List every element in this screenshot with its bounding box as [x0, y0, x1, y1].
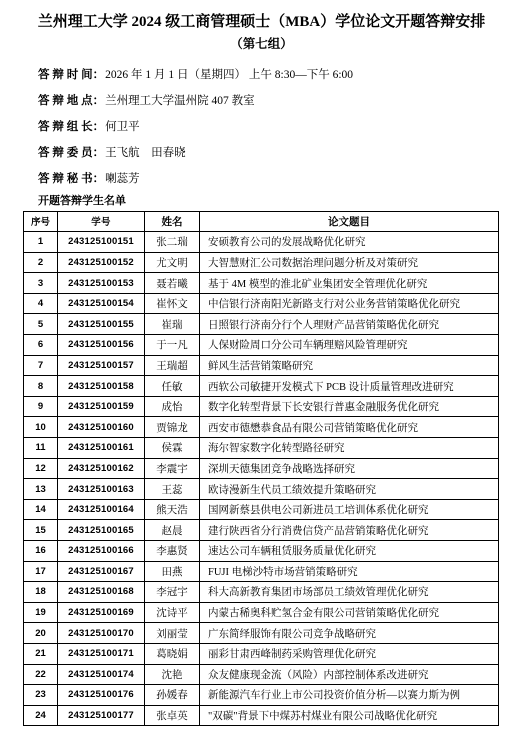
student-id-cell: 243125100171	[58, 643, 145, 664]
row-index-cell: 8	[24, 376, 58, 397]
row-index-cell: 14	[24, 499, 58, 520]
student-name-cell: 田燕	[145, 561, 200, 582]
defense-location-label: 答 辩 地 点：	[38, 92, 104, 108]
student-name-cell: 王瑞超	[145, 355, 200, 376]
student-name-cell: 沈艳	[145, 664, 200, 685]
thesis-title-cell: 欧诗漫新生代员工绩效提升策略研究	[200, 479, 499, 500]
student-id-cell: 243125100154	[58, 293, 145, 314]
table-row: 18243125100168李冠宇科大高新教育集团市场部员工绩效管理优化研究	[24, 582, 499, 603]
student-id-cell: 243125100166	[58, 541, 145, 562]
table-row: 11243125100161侯霖海尔智家数字化转型路径研究	[24, 438, 499, 459]
row-index-cell: 17	[24, 561, 58, 582]
student-name-cell: 任敏	[145, 376, 200, 397]
table-row: 13243125100163王蕊欧诗漫新生代员工绩效提升策略研究	[24, 479, 499, 500]
student-id-cell: 243125100160	[58, 417, 145, 438]
thesis-title-cell: 中信银行济南阳光新路支行对公业务营销策略优化研究	[200, 293, 499, 314]
thesis-title-cell: 建行陕西省分行消费信贷产品营销策略优化研究	[200, 520, 499, 541]
student-name-cell: 李惠贤	[145, 541, 200, 562]
student-id-cell: 243125100165	[58, 520, 145, 541]
table-row: 8243125100158任敏西软公司敏捷开发模式下 PCB 设计质量管理改进研…	[24, 376, 499, 397]
student-name-cell: 于一凡	[145, 335, 200, 356]
row-index-cell: 5	[24, 314, 58, 335]
row-index-cell: 16	[24, 541, 58, 562]
student-name-cell: 熊天浩	[145, 499, 200, 520]
table-row: 15243125100165赵晨建行陕西省分行消费信贷产品营销策略优化研究	[24, 520, 499, 541]
student-id-cell: 243125100162	[58, 458, 145, 479]
row-index-cell: 6	[24, 335, 58, 356]
student-id-cell: 243125100163	[58, 479, 145, 500]
student-name-cell: 贾锦龙	[145, 417, 200, 438]
row-index-cell: 18	[24, 582, 58, 603]
defense-time-value: 2026 年 1 月 1 日（星期四） 上午 8:30—下午 6:00	[105, 66, 353, 82]
student-id-cell: 243125100169	[58, 602, 145, 623]
thesis-title-cell: 西安市德懋恭食品有限公司营销策略优化研究	[200, 417, 499, 438]
defense-location-value: 兰州理工大学温州院 407 教室	[105, 92, 255, 108]
defense-committee-line: 答 辩 委 员： 王飞航 田春晓	[38, 139, 500, 165]
student-id-cell: 243125100159	[58, 396, 145, 417]
student-id-cell: 243125100164	[58, 499, 145, 520]
table-row: 9243125100159成怡数字化转型背景下长安银行普惠金融服务优化研究	[24, 396, 499, 417]
student-id-cell: 243125100168	[58, 582, 145, 603]
page-title: 兰州理工大学 2024 级工商管理硕士（MBA）学位论文开题答辩安排	[27, 13, 496, 33]
header-thesis-title: 论文题目	[200, 211, 499, 232]
table-row: 2243125100152尤文明大智慧财汇公司数据治理问题分析及对策研究	[24, 252, 499, 273]
thesis-title-cell: 速达公司车辆租赁服务质量优化研究	[200, 541, 499, 562]
student-id-cell: 243125100161	[58, 438, 145, 459]
table-row: 16243125100166李惠贤速达公司车辆租赁服务质量优化研究	[24, 541, 499, 562]
row-index-cell: 24	[24, 705, 58, 726]
student-name-cell: 崔瑞	[145, 314, 200, 335]
row-index-cell: 12	[24, 458, 58, 479]
thesis-title-cell: 深圳天德集团竞争战略选择研究	[200, 458, 499, 479]
row-index-cell: 1	[24, 232, 58, 253]
student-name-cell: 侯霖	[145, 438, 200, 459]
student-id-cell: 243125100158	[58, 376, 145, 397]
thesis-title-cell: 众友健康现金流（风险）内部控制体系改进研究	[200, 664, 499, 685]
row-index-cell: 15	[24, 520, 58, 541]
student-id-cell: 243125100167	[58, 561, 145, 582]
student-name-cell: 李冠宇	[145, 582, 200, 603]
table-row: 21243125100171葛晓娟丽彩甘肃西峰制药采购管理优化研究	[24, 643, 499, 664]
defense-chair-line: 答 辩 组 长： 何卫平	[38, 113, 500, 139]
student-id-cell: 243125100151	[58, 232, 145, 253]
row-index-cell: 10	[24, 417, 58, 438]
student-name-cell: 李震宇	[145, 458, 200, 479]
table-row: 19243125100169沈诗平内蒙古稀奥科贮氢合金有限公司营销策略优化研究	[24, 602, 499, 623]
row-index-cell: 13	[24, 479, 58, 500]
student-id-cell: 243125100153	[58, 273, 145, 294]
thesis-title-cell: 丽彩甘肃西峰制药采购管理优化研究	[200, 643, 499, 664]
table-row: 22243125100174沈艳众友健康现金流（风险）内部控制体系改进研究	[24, 664, 499, 685]
thesis-title-cell: 科大高新教育集团市场部员工绩效管理优化研究	[200, 582, 499, 603]
student-name-cell: 张卓英	[145, 705, 200, 726]
table-row: 4243125100154崔怀文中信银行济南阳光新路支行对公业务营销策略优化研究	[24, 293, 499, 314]
row-index-cell: 9	[24, 396, 58, 417]
row-index-cell: 4	[24, 293, 58, 314]
thesis-title-cell: 国网新蔡县供电公司新进员工培训体系优化研究	[200, 499, 499, 520]
defense-chair-value: 何卫平	[105, 118, 140, 134]
table-row: 7243125100157王瑞超鲜风生活营销策略研究	[24, 355, 499, 376]
student-id-cell: 243125100157	[58, 355, 145, 376]
header-student-id: 学号	[58, 211, 145, 232]
student-id-cell: 243125100176	[58, 685, 145, 706]
row-index-cell: 19	[24, 602, 58, 623]
defense-location-line: 答 辩 地 点： 兰州理工大学温州院 407 教室	[38, 87, 500, 113]
header-index: 序号	[24, 211, 58, 232]
thesis-title-cell: 数字化转型背景下长安银行普惠金融服务优化研究	[200, 396, 499, 417]
thesis-title-cell: 西软公司敏捷开发模式下 PCB 设计质量管理改进研究	[200, 376, 499, 397]
student-name-cell: 葛晓娟	[145, 643, 200, 664]
row-index-cell: 11	[24, 438, 58, 459]
row-index-cell: 2	[24, 252, 58, 273]
thesis-title-cell: 鲜风生活营销策略研究	[200, 355, 499, 376]
student-name-cell: 王蕊	[145, 479, 200, 500]
defense-committee-value: 王飞航 田春晓	[105, 144, 186, 160]
student-name-cell: 赵晨	[145, 520, 200, 541]
header-row: 序号 学号 姓名 论文题目	[24, 211, 499, 232]
thesis-title-cell: 广东简绎服饰有限公司竞争战略研究	[200, 623, 499, 644]
defense-time-line: 答 辩 时 间： 2026 年 1 月 1 日（星期四） 上午 8:30—下午 …	[38, 61, 500, 87]
thesis-title-cell: FUJI 电梯沙特市场营销策略研究	[200, 561, 499, 582]
row-index-cell: 7	[24, 355, 58, 376]
table-row: 12243125100162李震宇深圳天德集团竞争战略选择研究	[24, 458, 499, 479]
student-table-body: 1243125100151张二瑞安硕教育公司的发展战略优化研究224312510…	[24, 232, 499, 726]
student-table-head: 序号 学号 姓名 论文题目	[24, 211, 499, 232]
thesis-title-cell: "双碳"背景下中煤苏村煤业有限公司战略优化研究	[200, 705, 499, 726]
row-index-cell: 23	[24, 685, 58, 706]
thesis-title-cell: 内蒙古稀奥科贮氢合金有限公司营销策略优化研究	[200, 602, 499, 623]
table-row: 5243125100155崔瑞日照银行济南分行个人理财产品营销策略优化研究	[24, 314, 499, 335]
student-id-cell: 243125100156	[58, 335, 145, 356]
student-id-cell: 243125100152	[58, 252, 145, 273]
defense-committee-label: 答 辩 委 员：	[38, 144, 104, 160]
defense-chair-label: 答 辩 组 长：	[38, 118, 104, 134]
table-row: 1243125100151张二瑞安硕教育公司的发展战略优化研究	[24, 232, 499, 253]
defense-info-block: 答 辩 时 间： 2026 年 1 月 1 日（星期四） 上午 8:30—下午 …	[38, 61, 500, 191]
header-student-name: 姓名	[145, 211, 200, 232]
defense-time-label: 答 辩 时 间：	[38, 66, 104, 82]
table-row: 6243125100156于一凡人保财险周口分公司车辆理赔风险管理研究	[24, 335, 499, 356]
thesis-title-cell: 新能源汽车行业上市公司投资价值分析—以赛力斯为例	[200, 685, 499, 706]
table-row: 3243125100153聂若曦基于 4M 模型的淮北矿业集团安全管理优化研究	[24, 273, 499, 294]
table-row: 17243125100167田燕FUJI 电梯沙特市场营销策略研究	[24, 561, 499, 582]
student-name-cell: 张二瑞	[145, 232, 200, 253]
defense-secretary-line: 答 辩 秘 书： 喇蕊芳	[38, 165, 500, 191]
page-subtitle: （第七组）	[23, 34, 500, 52]
student-id-cell: 243125100177	[58, 705, 145, 726]
student-table: 序号 学号 姓名 论文题目 1243125100151张二瑞安硕教育公司的发展战…	[23, 211, 499, 727]
table-row: 20243125100170刘丽莹广东简绎服饰有限公司竞争战略研究	[24, 623, 499, 644]
student-name-cell: 沈诗平	[145, 602, 200, 623]
defense-secretary-value: 喇蕊芳	[105, 170, 140, 186]
student-list-title: 开题答辩学生名单	[38, 192, 500, 208]
row-index-cell: 20	[24, 623, 58, 644]
thesis-title-cell: 安硕教育公司的发展战略优化研究	[200, 232, 499, 253]
thesis-title-cell: 日照银行济南分行个人理财产品营销策略优化研究	[200, 314, 499, 335]
student-name-cell: 尤文明	[145, 252, 200, 273]
row-index-cell: 3	[24, 273, 58, 294]
row-index-cell: 22	[24, 664, 58, 685]
student-name-cell: 成怡	[145, 396, 200, 417]
student-id-cell: 243125100174	[58, 664, 145, 685]
row-index-cell: 21	[24, 643, 58, 664]
thesis-title-cell: 大智慧财汇公司数据治理问题分析及对策研究	[200, 252, 499, 273]
document-page: 兰州理工大学 2024 级工商管理硕士（MBA）学位论文开题答辩安排 （第七组）…	[0, 0, 513, 726]
student-name-cell: 刘丽莹	[145, 623, 200, 644]
defense-secretary-label: 答 辩 秘 书：	[38, 170, 104, 186]
table-row: 24243125100177张卓英"双碳"背景下中煤苏村煤业有限公司战略优化研究	[24, 705, 499, 726]
table-row: 10243125100160贾锦龙西安市德懋恭食品有限公司营销策略优化研究	[24, 417, 499, 438]
table-row: 23243125100176孙媛春新能源汽车行业上市公司投资价值分析—以赛力斯为…	[24, 685, 499, 706]
student-name-cell: 崔怀文	[145, 293, 200, 314]
student-name-cell: 聂若曦	[145, 273, 200, 294]
student-id-cell: 243125100155	[58, 314, 145, 335]
student-name-cell: 孙媛春	[145, 685, 200, 706]
student-id-cell: 243125100170	[58, 623, 145, 644]
thesis-title-cell: 海尔智家数字化转型路径研究	[200, 438, 499, 459]
table-row: 14243125100164熊天浩国网新蔡县供电公司新进员工培训体系优化研究	[24, 499, 499, 520]
thesis-title-cell: 基于 4M 模型的淮北矿业集团安全管理优化研究	[200, 273, 499, 294]
thesis-title-cell: 人保财险周口分公司车辆理赔风险管理研究	[200, 335, 499, 356]
